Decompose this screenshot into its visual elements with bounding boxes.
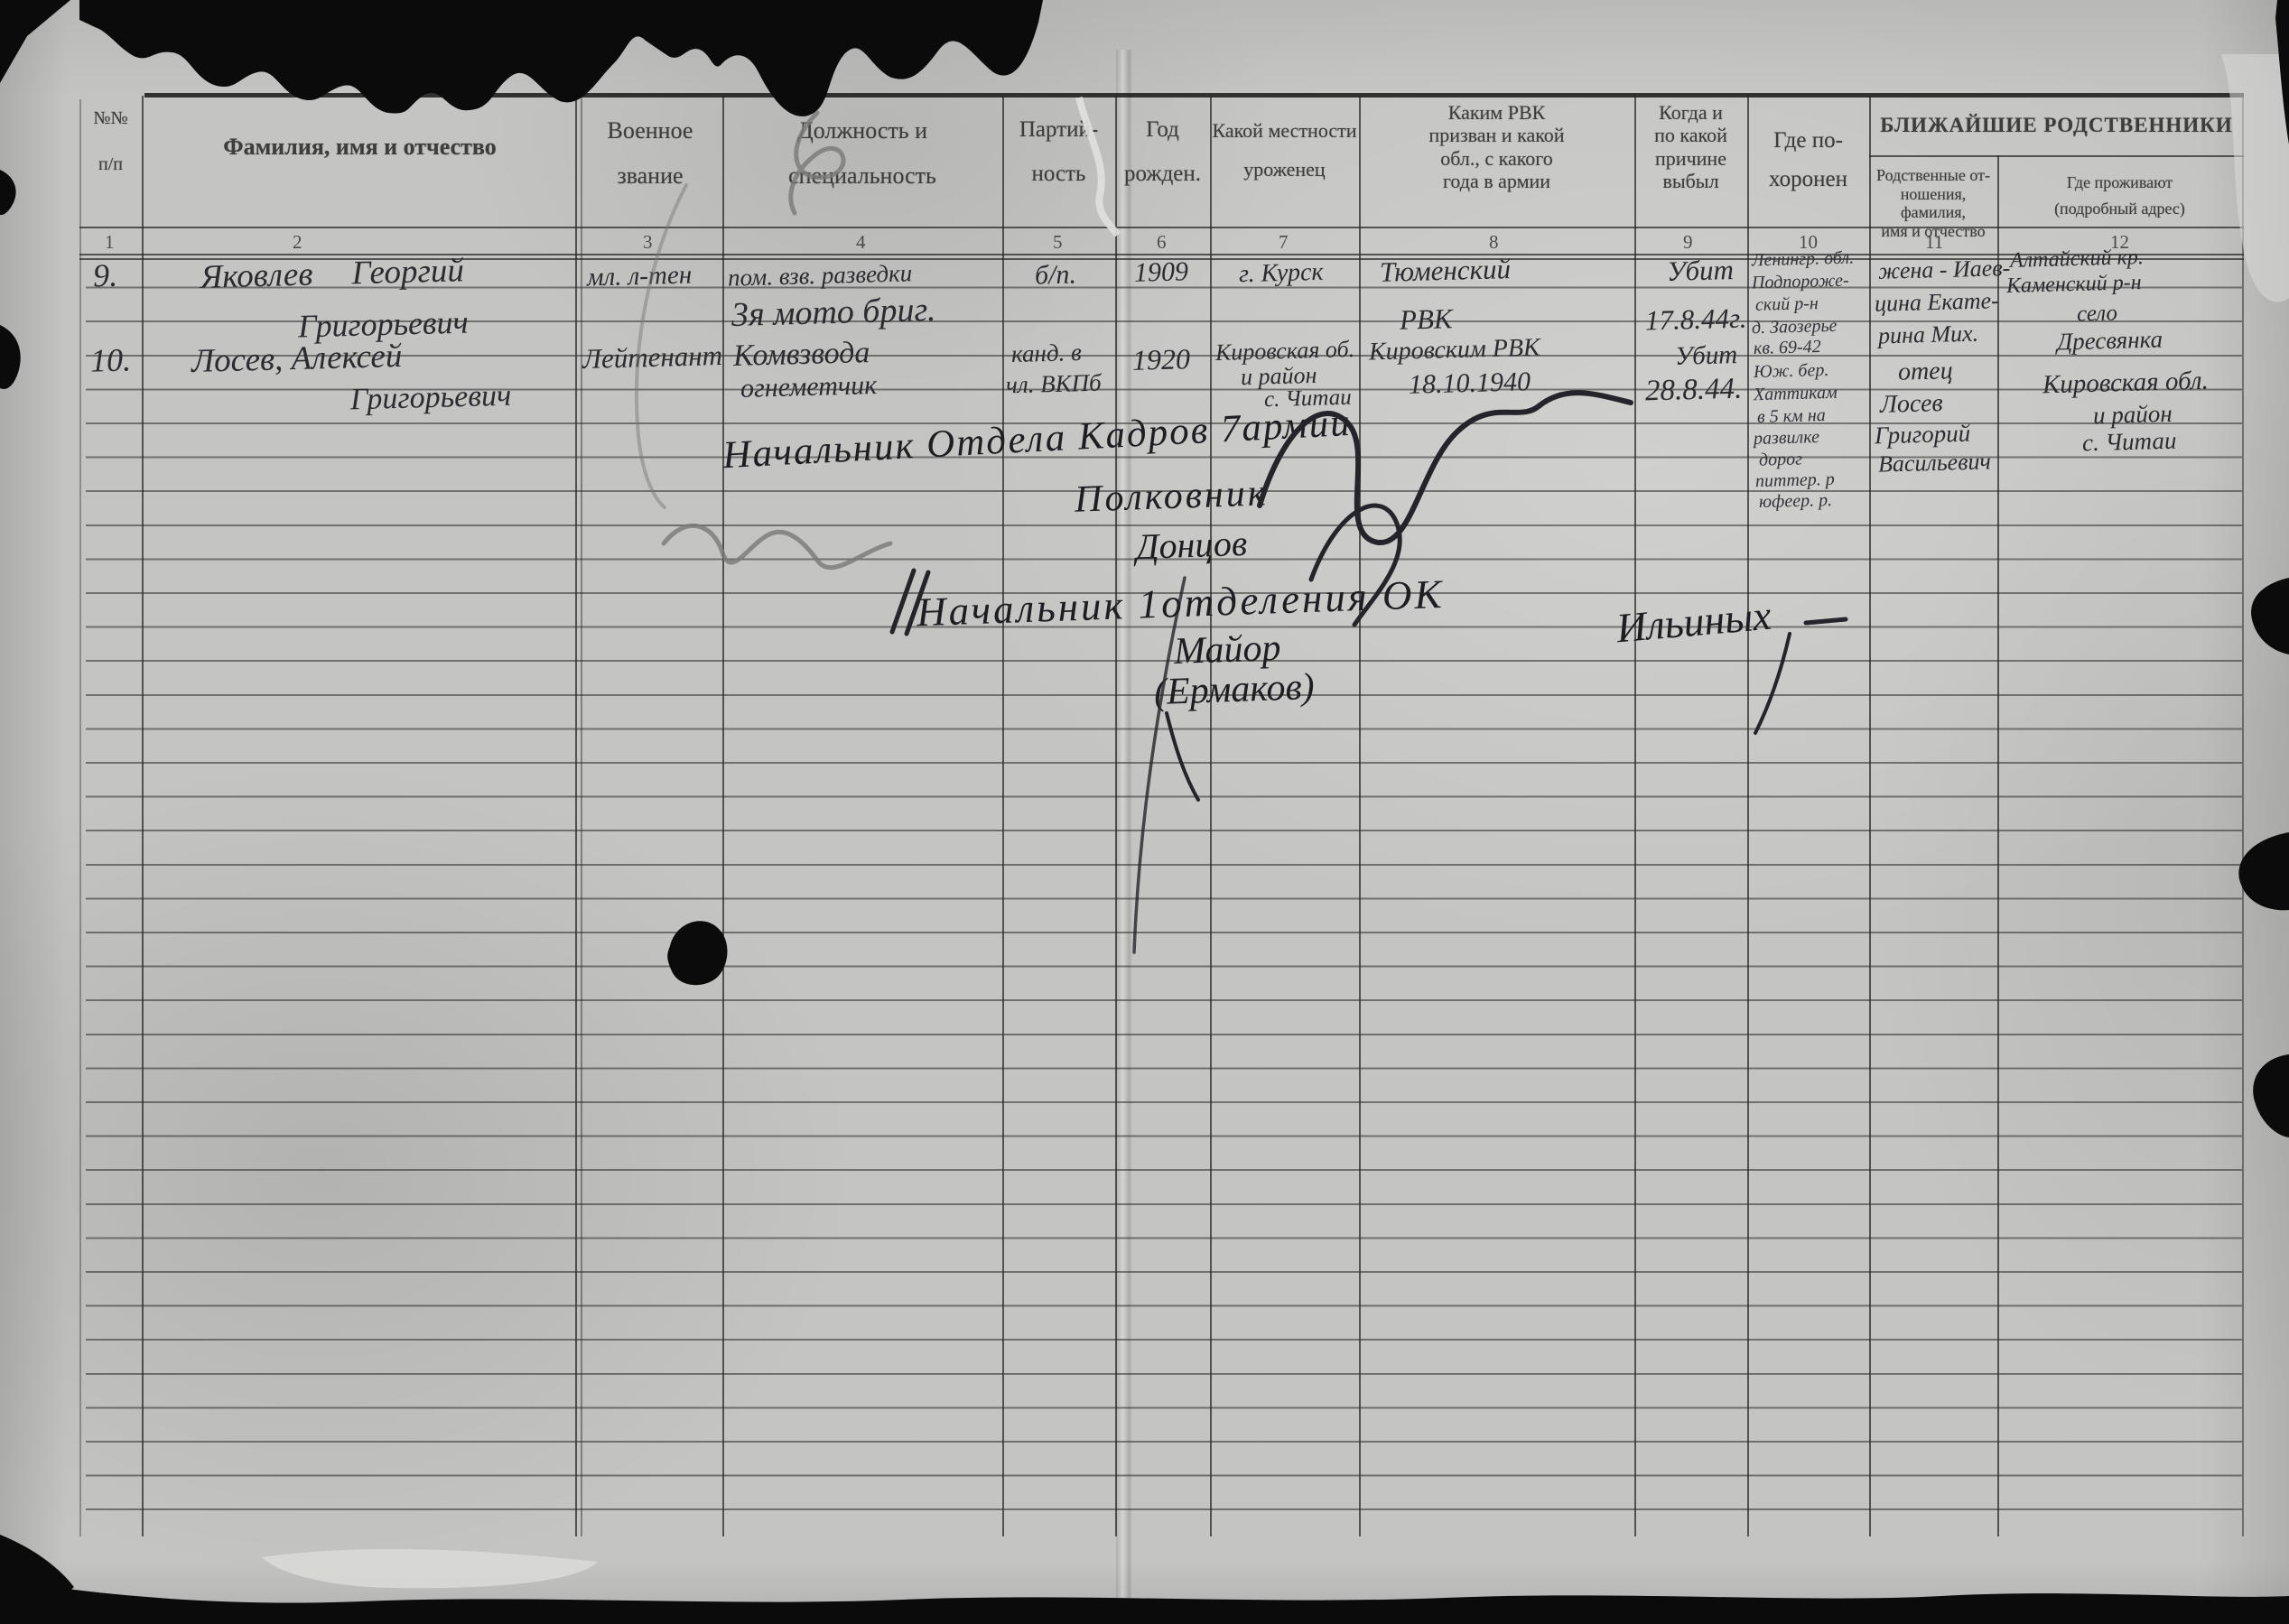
row10-relative-l4: Васильевич [1878, 448, 1992, 478]
row10-burial-l3: Хаттикам [1754, 383, 1838, 405]
colnum-5: 5 [1053, 231, 1063, 254]
header-col8-l4: года в армии [1359, 170, 1634, 192]
colnum-11: 11 [1925, 231, 1943, 254]
header-col4: Должность и специальность [722, 117, 1002, 190]
table-top-border [144, 93, 2244, 97]
header-col4-l1: Должность и [722, 117, 1002, 144]
header-col6-l1: Год [1115, 117, 1210, 144]
annotation1-rank: Полковник [1074, 471, 1269, 521]
group-header-underline [1869, 155, 2244, 157]
header-col7: Какой местности уроженец [1210, 119, 1359, 181]
row10-party-l1: канд. в [1011, 339, 1083, 368]
colnum-4: 4 [856, 231, 866, 254]
row9-burial-l4: д. Заозерье [1752, 316, 1838, 339]
row9-address-l1: Алтайский кр. [2010, 246, 2145, 274]
header-col8-l3: обл., с какого [1359, 147, 1634, 170]
header-col5-l1: Партий- [1002, 117, 1115, 144]
row9-burial-l3: ский р-н [1755, 293, 1819, 316]
header-col5: Партий- ность [1002, 117, 1115, 188]
colnum-7: 7 [1279, 231, 1289, 254]
row10-fate-l1: Убит [1675, 340, 1738, 372]
row10-address-l3: с. Читаи [2082, 427, 2177, 458]
header-col1-l1: №№ [79, 108, 142, 129]
header-col1-l2: п/п [79, 154, 142, 175]
header-col12-l1: Где проживают [1997, 173, 2242, 192]
row9-address-l2: Каменский р-н [2006, 271, 2142, 299]
row9-rvk-l2: РВК [1400, 302, 1453, 337]
row9-num: 9. [92, 256, 117, 295]
row10-relative-l3: Григорий [1875, 420, 1971, 450]
row9-address-l4: Дресвянка [2057, 325, 2163, 356]
header-col9-l1: Когда и [1634, 101, 1747, 124]
row9-relative-l2: цина Екате- [1875, 287, 2000, 318]
row10-burial-l2: Юж. бер. [1754, 360, 1829, 383]
header-group-label: БЛИЖАЙШИЕ РОДСТВЕННИКИ [1869, 114, 2244, 137]
header-col9-l2: по какой [1634, 124, 1747, 146]
row10-burial-l1: кв. 69-42 [1754, 337, 1821, 359]
row10-name-l2: Григорьевич [350, 379, 512, 418]
row10-num: 10. [89, 340, 131, 379]
header-col3: Военное звание [578, 117, 722, 190]
header-col8: Каким РВК призван и какой обл., с какого… [1359, 101, 1634, 192]
row9-rvk-l1: Тюменский [1380, 253, 1512, 289]
header-col6-l2: рожден. [1115, 162, 1210, 188]
header-col9-l3: причине [1634, 147, 1747, 170]
colnum-2: 2 [293, 231, 302, 254]
annotation2-surname: (Ермаков) [1153, 665, 1315, 714]
row10-relative-l1: отец [1898, 357, 1953, 387]
header-col3-l1: Военное [578, 117, 722, 144]
row10-burial-l4: в 5 км на [1757, 405, 1826, 428]
row10-rvk-l2: 18.10.1940 [1409, 367, 1531, 401]
header-col2: Фамилия, имя и отчество [142, 134, 578, 161]
row10-rvk-l1: Кировским РВК [1369, 334, 1540, 367]
row9-address-l3: село [2077, 301, 2118, 327]
header-col8-l2: призван и какой [1359, 124, 1634, 146]
colnum-1: 1 [105, 231, 115, 254]
header-col8-l1: Каким РВК [1359, 101, 1634, 124]
header-col7-l1: Какой местности [1210, 119, 1359, 142]
row10-name-l1: Лосев, Алексей [191, 337, 402, 381]
header-col4-l2: специальность [722, 162, 1002, 190]
row9-fate-l1: Убит [1667, 254, 1735, 288]
header-group-relatives: БЛИЖАЙШИЕ РОДСТВЕННИКИ [1869, 114, 2244, 137]
row10-address-l2: и район [2093, 400, 2173, 430]
row10-birth-year: 1920 [1132, 342, 1191, 377]
header-col1: №№ п/п [79, 108, 142, 175]
colnum-6: 6 [1157, 231, 1167, 254]
row10-burial-l6: дорог [1759, 449, 1803, 470]
row9-relative-l1: жена - Иаев- [1878, 255, 2011, 285]
row10-address-l1: Кировская обл. [2042, 367, 2210, 401]
scanned-document-page: №№ п/п Фамилия, имя и отчество Военное з… [0, 0, 2289, 1624]
row9-birth-year: 1909 [1134, 256, 1189, 289]
row10-relative-l2: Лосев [1880, 389, 1943, 420]
row10-position-l2: огнеметчик [740, 370, 878, 404]
row9-fate-l2: 17.8.44г. [1645, 302, 1747, 338]
header-col5-l2: ность [1002, 162, 1115, 188]
header-col7-l2: уроженец [1210, 158, 1359, 181]
header-col9-l4: выбыл [1634, 170, 1747, 192]
col-line-right [2242, 96, 2244, 1536]
row9-burial-l2: Подпороже- [1752, 271, 1849, 294]
header-col3-l2: звание [578, 162, 722, 190]
annotation1-surname: Донцов [1135, 522, 1248, 568]
col-line-left [79, 99, 81, 1536]
row9-name-l1: Яковлев Георгий [200, 251, 464, 297]
header-col12-l2: (подробный адрес) [1997, 200, 2242, 218]
colnum-8: 8 [1489, 231, 1499, 254]
row9-relative-l3: рина Мих. [1878, 320, 1979, 350]
header-col2-l1: Фамилия, имя и отчество [142, 134, 578, 161]
header-col11: Родственные от- ношения, фамилия, имя и … [1869, 166, 1997, 241]
row10-burial-l7: питтер. р [1755, 469, 1835, 492]
row9-burial-l1: Ленингр. обл. [1752, 248, 1855, 272]
row9-birthplace: г. Курск [1239, 258, 1324, 289]
row10-position-l1: Комвзвода [733, 336, 870, 374]
header-col10: Где по- хоронен [1747, 128, 1869, 193]
header-col11-l1: Родственные от- [1869, 166, 1997, 185]
colnum-9: 9 [1683, 231, 1693, 254]
row9-position-l2: 3я мото бриг. [730, 290, 935, 335]
header-col10-l1: Где по- [1747, 128, 1869, 154]
header-col6: Год рожден. [1115, 117, 1210, 188]
header-col12: Где проживают (подробный адрес) [1997, 173, 2242, 218]
row9-rank: мл. л-тен [587, 260, 693, 292]
row10-fate-l2: 28.8.44. [1645, 373, 1743, 409]
row10-rank: Лейтенант [582, 339, 723, 376]
header-col11-l2: ношения, фамилия, [1869, 185, 1997, 222]
row10-burial-l5: развилке [1754, 427, 1820, 450]
row10-party-l2: чл. ВКПб [1006, 369, 1102, 400]
row9-position-l1: пом. взв. разведки [728, 259, 913, 292]
colnum-3: 3 [643, 231, 653, 254]
row10-burial-l8: юфеер. р. [1759, 490, 1833, 513]
row9-party: б/п. [1035, 259, 1077, 291]
header-col9: Когда и по какой причине выбыл [1634, 101, 1747, 192]
header-col10-l2: хоронен [1747, 167, 1869, 193]
